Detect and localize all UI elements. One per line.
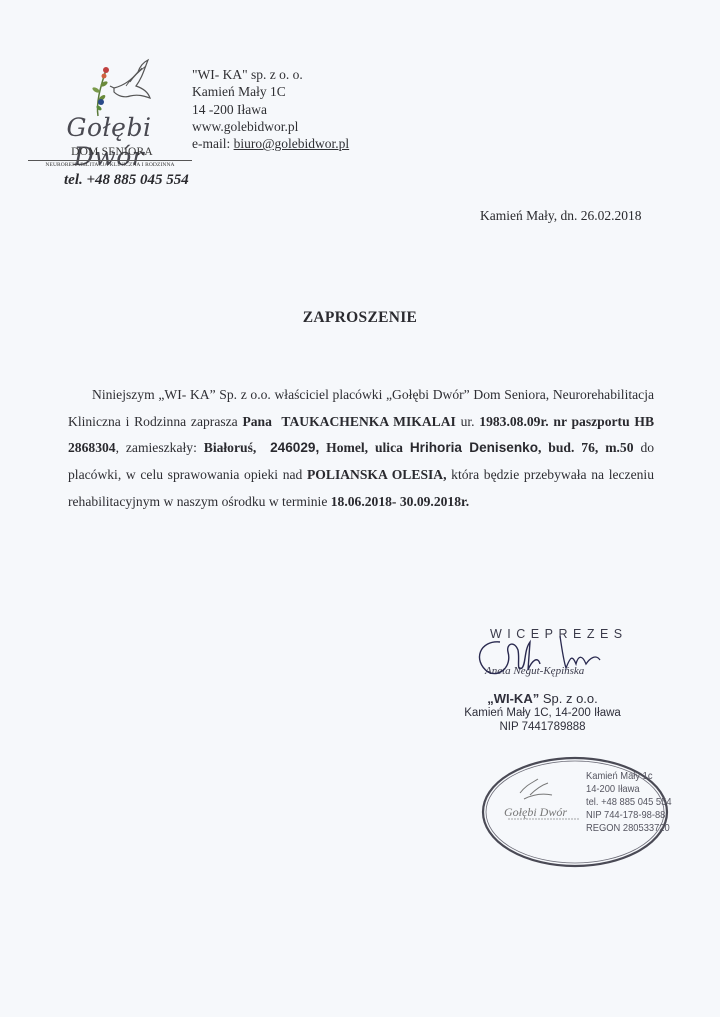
letter-body: Niniejszym „WI- KA” Sp. z o.o. właścicie…: [68, 382, 654, 516]
company-stamp-address: Kamień Mały 1C, 14-200 Iława: [460, 706, 625, 720]
company-email-line: e-mail: biuro@golebidwor.pl: [192, 135, 349, 152]
stamp-line: tel. +48 885 045 554: [586, 796, 672, 809]
dove-olive-branch-icon: [26, 58, 196, 118]
handwritten-signature-icon: [460, 620, 660, 700]
company-street: Kamień Mały 1C: [192, 83, 349, 100]
stamp-line: 14-200 Iława: [586, 783, 672, 796]
stamp-line: NIP 744-178-98-88: [586, 809, 672, 822]
guest-city: Homel, ulica: [326, 440, 403, 455]
logo-phone: tel. +48 885 045 554: [64, 172, 189, 189]
company-name: "WI- KA" sp. z o. o.: [192, 66, 349, 83]
resides-label: , zamieszkały:: [116, 440, 204, 455]
logo-tagline: NEUROREHABILITACJA KLINICZNA I RODZINNA: [26, 162, 194, 168]
stamp-line: REGON 280533720: [586, 822, 672, 835]
company-stamp-name: „WI-KA”: [487, 691, 539, 706]
stay-period: 18.06.2018- 30.09.2018r.: [331, 494, 469, 509]
company-stamp-name-line: „WI-KA” Sp. z o.o.: [460, 692, 625, 706]
guest-building: , bud. 76, m.50: [538, 440, 634, 455]
patient-name: POLIANSKA OLESIA,: [307, 467, 447, 482]
country: Białoruś,: [204, 440, 257, 455]
company-stamp-form: Sp. z o.o.: [539, 691, 598, 706]
postal-code: 246029,: [270, 440, 319, 455]
stamp-logo-name: Gołębi Dwór: [504, 805, 567, 820]
stamp-line: Kamień Mały 1c: [586, 770, 672, 783]
document-title: ZAPROSZENIE: [0, 309, 720, 327]
salutation: Pana: [242, 414, 271, 429]
guest-street: Hrihoria Denisenko: [410, 440, 538, 455]
date-line: Kamień Mały, dn. 26.02.2018: [480, 208, 641, 224]
email-link[interactable]: biuro@golebidwor.pl: [234, 136, 350, 151]
company-address: "WI- KA" sp. z o. o. Kamień Mały 1C 14 -…: [192, 66, 349, 152]
letterhead-logo: Gołębi Dwór DOM SENIORA NEUROREHABILITAC…: [26, 58, 196, 193]
company-stamp: „WI-KA” Sp. z o.o. Kamień Mały 1C, 14-20…: [460, 692, 625, 734]
round-stamp: Gołębi Dwór Kamień Mały 1c 14-200 Iława …: [480, 755, 670, 870]
company-website[interactable]: www.golebidwor.pl: [192, 118, 349, 135]
logo-subtitle: DOM SENIORA: [42, 146, 182, 158]
guest-name: TAUKACHENKA MIKALAI: [281, 414, 455, 429]
company-stamp-nip: NIP 7441789888: [460, 720, 625, 734]
invitation-letter: Gołębi Dwór DOM SENIORA NEUROREHABILITAC…: [0, 0, 720, 1017]
birth-date: 1983.08.09r.: [479, 414, 548, 429]
logo-divider: [28, 160, 192, 161]
company-city: 14 -200 Iława: [192, 101, 349, 118]
born-label: ur.: [456, 414, 479, 429]
stamp-text: Kamień Mały 1c 14-200 Iława tel. +48 885…: [586, 770, 672, 835]
email-label: e-mail:: [192, 136, 234, 151]
